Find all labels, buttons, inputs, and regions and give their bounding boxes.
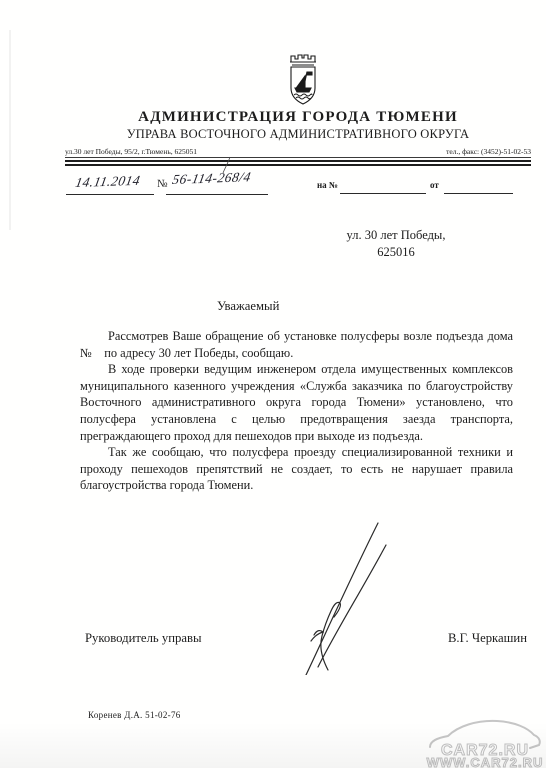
number-label: № xyxy=(157,178,168,190)
body-paragraph: Рассмотрев Ваше обращение об установке п… xyxy=(80,328,513,361)
letterhead-contact-row: ул.30 лет Победы, 95/2, г.Тюмень, 625051… xyxy=(65,147,531,156)
header-rule-thin xyxy=(65,157,531,158)
tyumen-coat-of-arms-icon xyxy=(282,52,324,106)
body-paragraph: Так же сообщаю, что полусфера проезду сп… xyxy=(80,444,513,494)
recipient-address-block: ул. 30 лет Победы, 625016 xyxy=(338,227,454,261)
org-subtitle: УПРАВА ВОСТОЧНОГО АДМИНИСТРАТИВНОГО ОКРУ… xyxy=(65,127,531,142)
recipient-postcode: 625016 xyxy=(338,244,454,261)
car72-watermark: CAR72.RU WWW.CAR72.RU xyxy=(425,710,545,768)
reply-to-number-label: на № xyxy=(317,180,338,190)
body-paragraph: В ходе проверки ведущим инженером отдела… xyxy=(80,361,513,444)
signer-name: В.Г. Черкашин xyxy=(448,631,527,646)
signer-position-title: Руководитель управы xyxy=(85,631,201,646)
header-rule-bottom xyxy=(65,164,531,166)
executor-contact: Коренев Д.А. 51-02-76 xyxy=(88,710,181,720)
date-underline xyxy=(66,194,154,195)
handwritten-outgoing-number: 56-114-268/4 xyxy=(171,169,252,188)
org-phone-fax: тел., факс: (3452)-51-02-53 xyxy=(446,147,531,156)
org-title: АДМИНИСТРАЦИЯ ГОРОДА ТЮМЕНИ xyxy=(65,109,531,126)
number-underline xyxy=(166,194,268,195)
scan-artifact xyxy=(9,30,11,230)
from-date-label: от xyxy=(430,180,439,190)
from-date-underline xyxy=(444,193,513,194)
reply-number-underline xyxy=(340,193,426,194)
handwritten-date: 14.11.2014 xyxy=(74,173,142,191)
org-address: ул.30 лет Победы, 95/2, г.Тюмень, 625051 xyxy=(65,147,197,156)
watermark-text-2: WWW.CAR72.RU xyxy=(427,755,544,768)
handwritten-signature xyxy=(292,515,406,675)
salutation: Уважаемый xyxy=(217,299,279,314)
recipient-street: ул. 30 лет Победы, xyxy=(338,227,454,244)
header-rule-top xyxy=(65,160,531,162)
scanned-letter-page: АДМИНИСТРАЦИЯ ГОРОДА ТЮМЕНИ УПРАВА ВОСТО… xyxy=(0,0,546,768)
letter-body: Рассмотрев Ваше обращение об установке п… xyxy=(80,328,513,494)
